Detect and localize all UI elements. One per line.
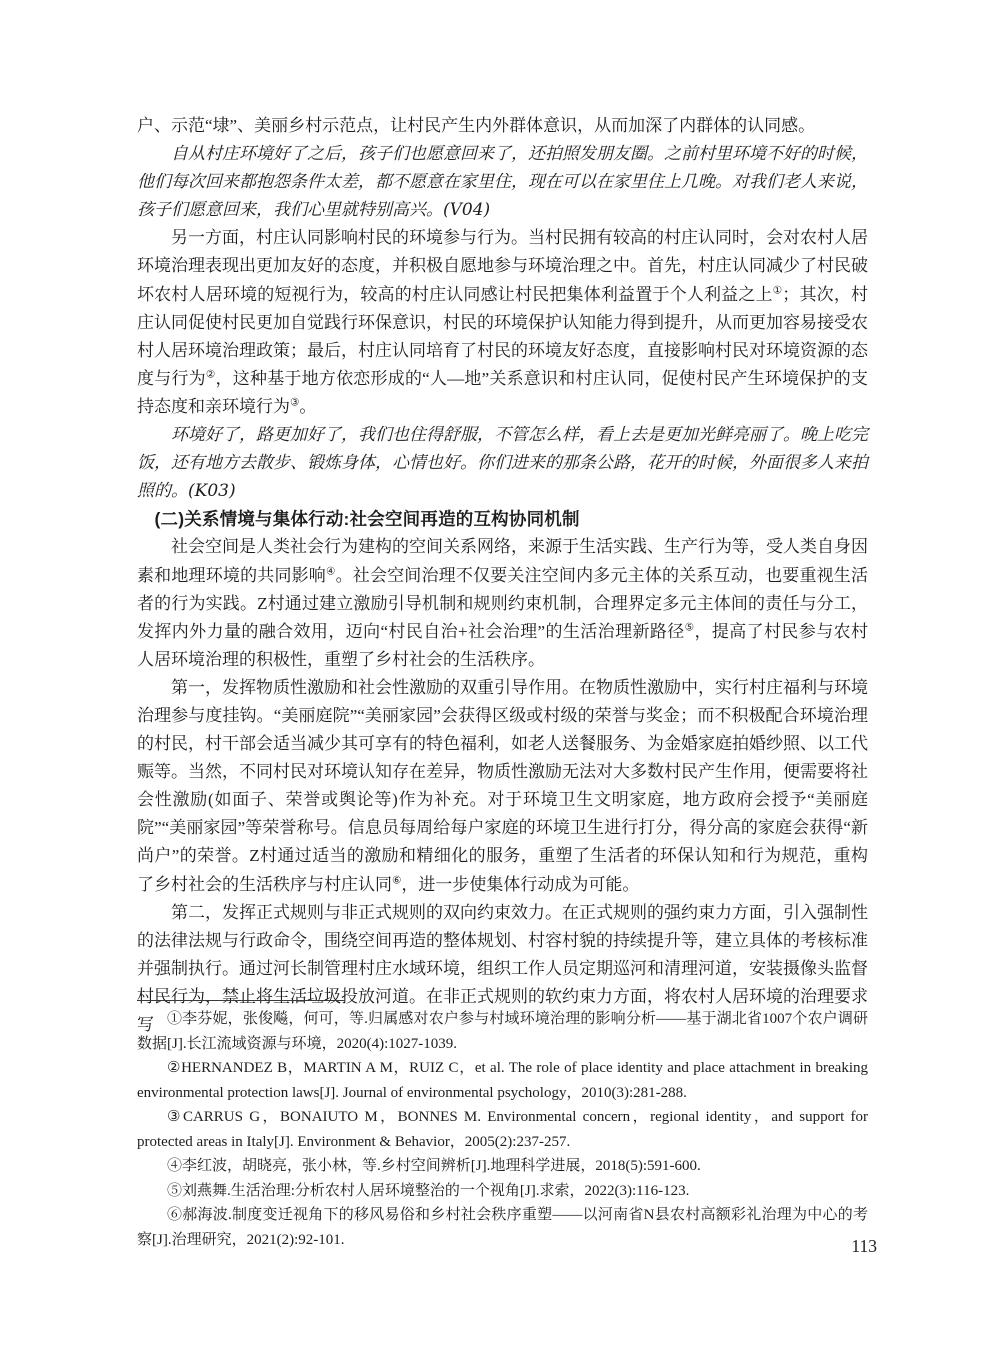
footnote-ref-1: ① xyxy=(773,285,783,296)
footnote-ref-4: ④ xyxy=(326,566,336,577)
footnote-ref-5: ⑤ xyxy=(685,622,695,633)
footnote-ref-3: ③ xyxy=(290,397,299,408)
paragraph-segment: 另一方面，村庄认同影响村民的环境参与行为。当村民拥有较高的村庄认同时，会对农村人… xyxy=(137,228,868,303)
paragraph-continuation-text: 户、示范“埭”、美丽乡村示范点，让村民产生内外群体意识，从而加深了内群体的认同感… xyxy=(137,116,815,135)
page-number: 113 xyxy=(137,1236,877,1257)
section-heading: (二)关系情境与集体行动:社会空间再造的互构协同机制 xyxy=(137,505,868,533)
footnote-separator xyxy=(137,1000,345,1001)
paragraph-segment: 第一，发挥物质性激励和社会性激励的双重引导作用。在物质性激励中，实行村庄福利与环… xyxy=(137,678,868,894)
paragraph-segment: ，这种基于地方依恋形成的“人—地”关系意识和村庄认同，促使村民产生环境保护的支持… xyxy=(137,369,868,416)
paragraph-social-space: 社会空间是人类社会行为建构的空间关系网络，来源于生活实践、生产行为等，受人类自身… xyxy=(137,533,868,673)
paragraph-village-identity: 另一方面，村庄认同影响村民的环境参与行为。当村民拥有较高的村庄认同时，会对农村人… xyxy=(137,224,868,421)
paragraph-continuation: 户、示范“埭”、美丽乡村示范点，让村民产生内外群体意识，从而加深了内群体的认同感… xyxy=(137,112,868,140)
footnote-4: ④李红波，胡晓亮，张小林，等.乡村空间辨析[J].地理科学进展，2018(5):… xyxy=(137,1154,868,1179)
footnote-3: ③CARRUS G，BONAIUTO M，BONNES M. Environme… xyxy=(137,1105,868,1154)
paragraph-first-point: 第一，发挥物质性激励和社会性激励的双重引导作用。在物质性激励中，实行村庄福利与环… xyxy=(137,674,868,899)
page-content: 户、示范“埭”、美丽乡村示范点，让村民产生内外群体意识，从而加深了内群体的认同感… xyxy=(137,112,868,1039)
interview-quote-k03-text: 环境好了，路更加好了，我们也住得舒服，不管怎么样，看上去是更加光鲜亮丽了。晚上吃… xyxy=(137,425,868,501)
footnote-ref-2: ② xyxy=(206,369,216,380)
interview-quote-k03: 环境好了，路更加好了，我们也住得舒服，不管怎么样，看上去是更加光鲜亮丽了。晚上吃… xyxy=(137,421,868,505)
footnote-2: ②HERNANDEZ B，MARTIN A M，RUIZ C，et al. Th… xyxy=(137,1056,868,1105)
paragraph-segment: ，进一步使集体行动成为可能。 xyxy=(401,875,639,894)
document-page: 户、示范“埭”、美丽乡村示范点，让村民产生内外群体意识，从而加深了内群体的认同感… xyxy=(0,0,1000,1347)
footnote-5: ⑤刘燕舞.生活治理:分析农村人居环境整治的一个视角[J].求索，2022(3):… xyxy=(137,1179,868,1204)
footnotes-section: ①李芬妮，张俊飚，何可，等.归属感对农户参与村域环境治理的影响分析——基于湖北省… xyxy=(137,1000,868,1252)
interview-quote-v04: 自从村庄环境好了之后，孩子们也愿意回来了，还拍照发朋友圈。之前村里环境不好的时候… xyxy=(137,140,868,224)
paragraph-segment: 。 xyxy=(299,397,316,416)
footnote-1: ①李芬妮，张俊飚，何可，等.归属感对农户参与村域环境治理的影响分析——基于湖北省… xyxy=(137,1007,868,1056)
footnote-ref-6: ⑥ xyxy=(392,875,401,886)
interview-quote-v04-text: 自从村庄环境好了之后，孩子们也愿意回来了，还拍照发朋友圈。之前村里环境不好的时候… xyxy=(137,144,868,220)
